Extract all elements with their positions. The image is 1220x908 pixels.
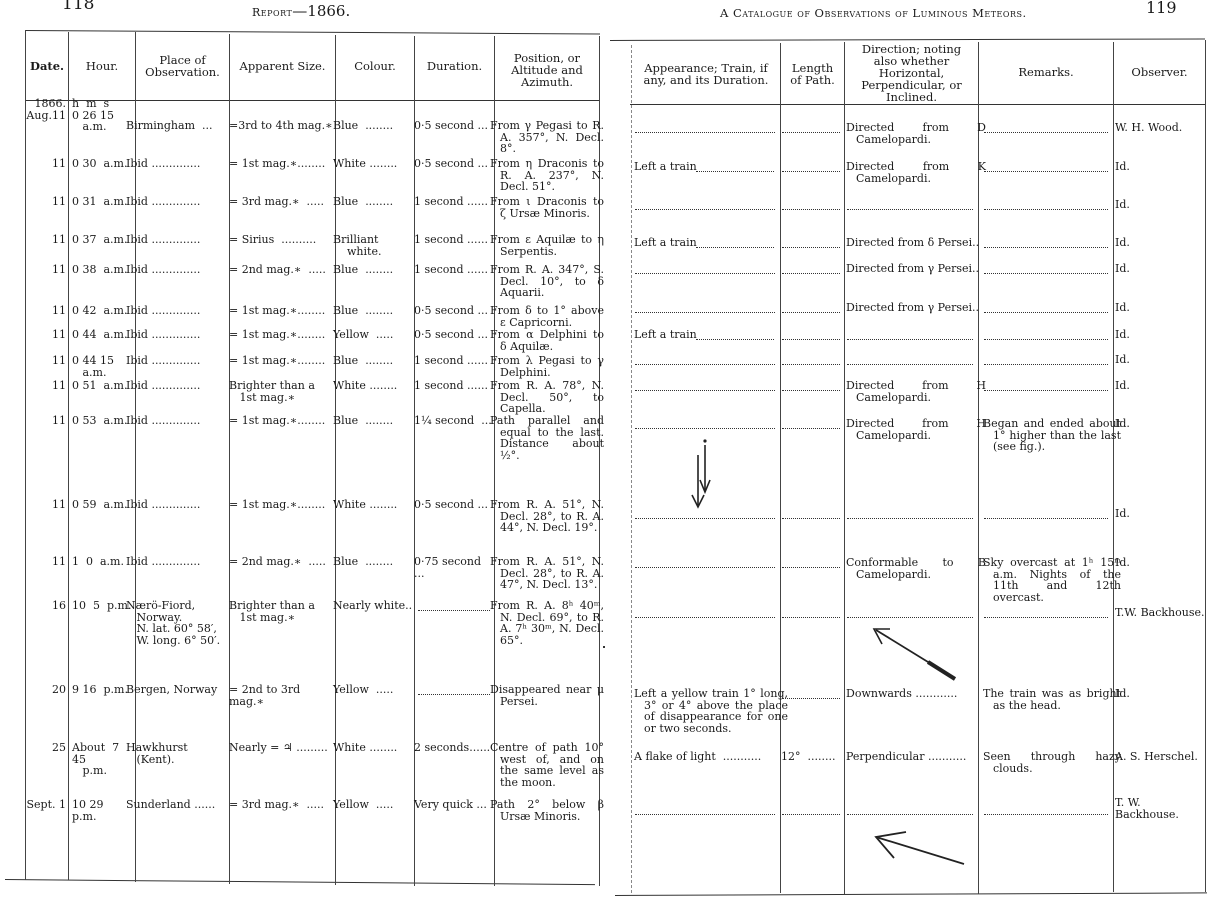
header-appearance: Appearance; Train, if any, and its Durat…: [632, 44, 780, 104]
header-direction: Direction; noting also whether Horizonta…: [845, 42, 978, 104]
row-5-position: From R. A. 347°, S. Decl. 10°, to δ Aqua…: [490, 264, 604, 299]
dot-leader: [984, 518, 1108, 519]
left-running-title-prefix: Report: [252, 6, 292, 19]
row-8-observer: Id.: [1115, 354, 1207, 366]
row-10-colour: Blue ........: [333, 415, 413, 427]
row-14-size: = 2nd to 3rd mag.∗: [229, 684, 334, 707]
row-6-date: 11: [26, 305, 66, 317]
row-6-position: From δ to 1° above ε Capricorni.: [490, 305, 604, 328]
row-8-hour: 0 44 15 a.m.: [72, 355, 134, 378]
row-13-observer: T.W. Backhouse.: [1115, 607, 1207, 619]
dot-leader: [782, 390, 840, 391]
dot-leader: [696, 339, 774, 340]
row-6-hour: 0 42 a.m.: [72, 305, 134, 317]
header-observer: Observer.: [1114, 42, 1205, 102]
row-16-colour: Yellow .....: [333, 799, 413, 811]
row-9-size: Brighter than a 1st mag.∗: [229, 380, 334, 403]
row-8-date: 11: [26, 355, 66, 367]
dot-leader: [782, 428, 840, 429]
row-4-place: Ibid ..............: [126, 234, 228, 246]
row-10-hour: 0 53 a.m.: [72, 415, 134, 427]
row-1-place: Birmingham ...: [126, 120, 228, 132]
row-4-observer: Id.: [1115, 237, 1207, 249]
dot-leader: [984, 247, 1108, 248]
row-2-observer: Id.: [1115, 161, 1207, 173]
row-7-observer: Id.: [1115, 329, 1207, 341]
row-10-duration: 1¼ second ...: [414, 415, 494, 427]
row-16-duration: Very quick ...: [414, 799, 494, 811]
row-13-colour: Nearly white..: [333, 600, 413, 612]
row-12-size: = 2nd mag.∗ .....: [229, 556, 334, 568]
row-12-hour: 1 0 a.m.: [72, 556, 134, 568]
dot-leader: [847, 617, 973, 618]
row-13-place: Nærö-Fiord, Norway. N. lat. 60° 58′, W. …: [126, 600, 228, 646]
row-11-colour: White ........: [333, 499, 413, 511]
dot-leader: [635, 567, 775, 568]
dot-leader: [782, 617, 840, 618]
row-15-size: Nearly = ♃ .........: [229, 742, 334, 754]
dot-leader: [984, 132, 1108, 133]
row-9-direction: Directed from H Camelopardi.: [846, 380, 986, 403]
row-14-hour: 9 16 p.m.: [72, 684, 134, 696]
row-9-observer: Id.: [1115, 380, 1207, 392]
row-2-direction: Directed from K Camelopardi.: [846, 161, 986, 184]
row-5-duration: 1 second ......: [414, 264, 494, 276]
left-page-number: 118: [62, 0, 94, 14]
row-12-date: 11: [26, 556, 66, 568]
row-12-place: Ibid ..............: [126, 556, 228, 568]
row-11-duration: 0·5 second ...: [414, 499, 494, 511]
dot-leader: [984, 364, 1108, 365]
row-3-observer: Id.: [1115, 199, 1207, 211]
dot-leader: [418, 610, 490, 611]
header-remarks: Remarks.: [979, 42, 1113, 102]
right-page-number: 119: [1146, 0, 1177, 17]
row-4-position: From ε Aquilæ to η Serpentis.: [490, 234, 604, 257]
dot-leader: [782, 567, 840, 568]
row-9-date: 11: [26, 380, 66, 392]
row-14-position: Disappeared near μ Persei.: [490, 684, 604, 707]
dot-leader: [847, 364, 973, 365]
col-border: [68, 32, 69, 880]
header-date: Date.: [26, 36, 68, 96]
header-position: Position, or Altitude and Azimuth.: [496, 40, 598, 100]
row-9-place: Ibid ..............: [126, 380, 228, 392]
row-1-date: 1866. Aug.11: [26, 98, 66, 121]
parallel-paths-figure: [690, 435, 720, 510]
row-15-colour: White ........: [333, 742, 413, 754]
dot-leader: [782, 364, 840, 365]
row-10-remarks: Began and ended about 1° higher than the…: [983, 418, 1121, 453]
dot-leader: [782, 339, 840, 340]
row-1-position: From γ Pegasi to R. A. 357°, N. Decl. 8°…: [490, 120, 604, 155]
row-11-observer: Id.: [1115, 508, 1207, 520]
left-running-title-year: —1866.: [292, 2, 350, 20]
row-4-direction: Directed from δ Persei..: [846, 237, 986, 249]
row-9-position: From R. A. 78°, N. Decl. 50°, to Capella…: [490, 380, 604, 415]
dot-leader: [984, 617, 1108, 618]
row-15-observer: A. S. Herschel.: [1115, 751, 1207, 763]
bottom-rule-right: [615, 892, 1207, 896]
row-3-position: From ι Draconis to ζ Ursæ Minoris.: [490, 196, 604, 219]
row-6-colour: Blue ........: [333, 305, 413, 317]
row-1-direction: Directed from D Camelopardi.: [846, 122, 986, 145]
row-9-colour: White ........: [333, 380, 413, 392]
row-3-duration: 1 second ......: [414, 196, 494, 208]
dot-leader: [782, 132, 840, 133]
header-apparent-size: Apparent Size.: [230, 36, 335, 96]
row-11-date: 11: [26, 499, 66, 511]
dot-leader: [635, 390, 775, 391]
row-8-position: From λ Pegasi to γ Delphini.: [490, 355, 604, 378]
top-rule-left: [25, 30, 600, 35]
dot-leader: [782, 312, 840, 313]
dot-leader: [782, 209, 840, 210]
header-place: Place of Observation.: [136, 36, 229, 96]
row-10-direction: Directed from H Camelopardi.: [846, 418, 986, 441]
row-14-direction: Downwards ............: [846, 688, 986, 700]
row-15-length: 12° ........: [781, 751, 843, 763]
dot-leader: [696, 171, 774, 172]
row-10-place: Ibid ..............: [126, 415, 228, 427]
row-8-colour: Blue ........: [333, 355, 413, 367]
row-7-position: From α Delphini to δ Aquilæ.: [490, 329, 604, 352]
row-13-position: From R. A. 8ʰ 40ᵐ, N. Decl. 69°, to R. A…: [490, 600, 604, 646]
row-12-observer: Id.: [1115, 557, 1207, 569]
row-3-size: = 3rd mag.∗ .....: [229, 196, 334, 208]
top-rule-right: [610, 38, 1205, 41]
row-12-direction: Conformable to B Camelopardi.: [846, 557, 986, 580]
row-4-date: 11: [26, 234, 66, 246]
row-2-size: = 1st mag.∗........: [229, 158, 334, 170]
row-11-hour: 0 59 a.m.: [72, 499, 134, 511]
dot-leader: [782, 273, 840, 274]
row-2-duration: 0·5 second ...: [414, 158, 494, 170]
row-7-place: Ibid ..............: [126, 329, 228, 341]
row-12-position: From R. A. 51°, N. Decl. 28°, to R. A. 4…: [490, 556, 604, 591]
row-3-place: Ibid ..............: [126, 196, 228, 208]
row-13-hour: 10 5 p.m.: [72, 600, 134, 612]
row-6-observer: Id.: [1115, 302, 1207, 314]
col-border: [631, 45, 632, 893]
row-8-duration: 1 second ......: [414, 355, 494, 367]
row-14-appearance: Left a yellow train 1° long, 3° or 4° ab…: [634, 688, 788, 734]
row-15-position: Centre of path 10° west of, and on the s…: [490, 742, 604, 788]
row-1-duration: 0·5 second ...: [414, 120, 494, 132]
row-12-colour: Blue ........: [333, 556, 413, 568]
row-12-remarks: Sky overcast at 1ʰ 15ᵐ a.m. Nights of th…: [983, 557, 1121, 603]
row-9-duration: 1 second ......: [414, 380, 494, 392]
row-4-colour: Brilliant white.: [333, 234, 413, 257]
dot-leader: [984, 171, 1108, 172]
dot-leader: [984, 273, 1108, 274]
row-11-place: Ibid ..............: [126, 499, 228, 511]
row-4-duration: 1 second ......: [414, 234, 494, 246]
row-15-duration: 2 seconds......: [414, 742, 494, 754]
row-15-remarks: Seen through hazy clouds.: [983, 751, 1121, 774]
row-6-place: Ibid ..............: [126, 305, 228, 317]
dot-leader: [847, 339, 973, 340]
row-15-direction: Perpendicular ...........: [846, 751, 986, 763]
row-8-size: = 1st mag.∗........: [229, 355, 334, 367]
row-7-size: = 1st mag.∗........: [229, 329, 334, 341]
row-8-place: Ibid ..............: [126, 355, 228, 367]
row-4-size: = Sirius ..........: [229, 234, 334, 246]
row-6-direction: Directed from γ Persei..: [846, 302, 986, 314]
row-16-hour: 10 29 p.m.: [72, 799, 134, 822]
row-1-observer: W. H. Wood.: [1115, 122, 1207, 134]
row-14-observer: Id.: [1115, 688, 1207, 700]
col-border: [844, 42, 845, 894]
dot-leader: [635, 364, 775, 365]
row-10-size: = 1st mag.∗........: [229, 415, 334, 427]
row-3-hour: 0 31 a.m.: [72, 196, 134, 208]
header-rule-right: [630, 104, 1205, 105]
row-16-observer: T. W. Backhouse.: [1115, 797, 1207, 820]
dot-leader: [782, 247, 840, 248]
row-5-place: Ibid ..............: [126, 264, 228, 276]
row-9-hour: 0 51 a.m.: [72, 380, 134, 392]
row-2-position: From η Draconis to R. A. 237°, N. Decl. …: [490, 158, 604, 193]
row-13-size: Brighter than a 1st mag.∗: [229, 600, 334, 623]
row-13-date: 16: [26, 600, 66, 612]
dot-leader: [984, 339, 1108, 340]
row-12-duration: 0·75 second ...: [414, 556, 494, 579]
dot-leader: [782, 518, 840, 519]
row-2-date: 11: [26, 158, 66, 170]
dot-leader: [984, 390, 1108, 391]
left-running-title: Report—1866.: [252, 2, 350, 20]
row-2-hour: 0 30 a.m.: [72, 158, 134, 170]
row-1-size: =3rd to 4th mag.∗: [229, 120, 334, 132]
row-14-date: 20: [26, 684, 66, 696]
header-length: Length of Path.: [781, 44, 844, 104]
header-duration: Duration.: [415, 36, 494, 96]
row-15-hour: About 7 45 p.m.: [72, 742, 134, 777]
inclined-path-figure-sept1: [870, 830, 970, 870]
row-16-date: Sept. 1: [26, 799, 66, 811]
bottom-rule-left: [5, 879, 595, 885]
row-3-date: 11: [26, 196, 66, 208]
dot-leader: [635, 814, 775, 815]
right-running-title: A Catalogue of Observations of Luminous …: [720, 6, 1027, 20]
row-15-appearance: A flake of light ...........: [634, 751, 788, 763]
dot-leader: [782, 171, 840, 172]
row-1-hour: h m s 0 26 15 a.m.: [72, 98, 134, 133]
dot-leader: [847, 518, 973, 519]
row-10-date: 11: [26, 415, 66, 427]
row-14-colour: Yellow .....: [333, 684, 413, 696]
header-colour: Colour.: [336, 36, 414, 96]
row-1-colour: Blue ........: [333, 120, 413, 132]
row-11-position: From R. A. 51°, N. Decl. 28°, to R. A. 4…: [490, 499, 604, 534]
row-7-hour: 0 44 a.m.: [72, 329, 134, 341]
dot-leader: [984, 312, 1108, 313]
row-15-date: 25: [26, 742, 66, 754]
row-11-size: = 1st mag.∗........: [229, 499, 334, 511]
row-16-size: = 3rd mag.∗ .....: [229, 799, 334, 811]
dot-leader: [635, 617, 775, 618]
row-6-size: = 1st mag.∗........: [229, 305, 334, 317]
dot-leader: [635, 312, 775, 313]
row-5-date: 11: [26, 264, 66, 276]
row-6-duration: 0·5 second ...: [414, 305, 494, 317]
row-5-size: = 2nd mag.∗ .....: [229, 264, 334, 276]
dot-leader: [635, 209, 775, 210]
row-7-duration: 0·5 second ...: [414, 329, 494, 341]
row-5-observer: Id.: [1115, 263, 1207, 275]
row-7-date: 11: [26, 329, 66, 341]
row-7-colour: Yellow .....: [333, 329, 413, 341]
row-5-colour: Blue ........: [333, 264, 413, 276]
row-14-place: Bergen, Norway: [126, 684, 228, 696]
dot-leader: [984, 209, 1108, 210]
row-2-colour: White ........: [333, 158, 413, 170]
gutter-mark: [603, 646, 605, 648]
row-16-place: Sunderland ......: [126, 799, 228, 811]
dot-leader: [847, 209, 973, 210]
dot-leader: [635, 428, 775, 429]
dot-leader: [635, 518, 775, 519]
row-2-place: Ibid ..............: [126, 158, 228, 170]
row-14-remarks: The train was as bright as the head.: [983, 688, 1121, 711]
dot-leader: [847, 814, 973, 815]
dot-leader: [696, 247, 774, 248]
row-5-hour: 0 38 a.m.: [72, 264, 134, 276]
row-10-observer: Id.: [1115, 418, 1207, 430]
dot-leader: [782, 698, 840, 699]
dot-leader: [984, 814, 1108, 815]
dot-leader: [782, 814, 840, 815]
row-16-position: Path 2° below β Ursæ Minoris.: [490, 799, 604, 822]
row-3-colour: Blue ........: [333, 196, 413, 208]
inclined-path-figure-16: [868, 624, 963, 684]
header-hour: Hour.: [69, 36, 135, 96]
row-15-place: Hawkhurst (Kent).: [126, 742, 228, 765]
row-4-hour: 0 37 a.m.: [72, 234, 134, 246]
dot-leader: [635, 132, 775, 133]
dot-leader: [418, 694, 490, 695]
row-5-direction: Directed from γ Persei..: [846, 263, 986, 275]
dot-leader: [635, 273, 775, 274]
row-10-position: Path parallel and equal to the last. Dis…: [490, 415, 604, 461]
